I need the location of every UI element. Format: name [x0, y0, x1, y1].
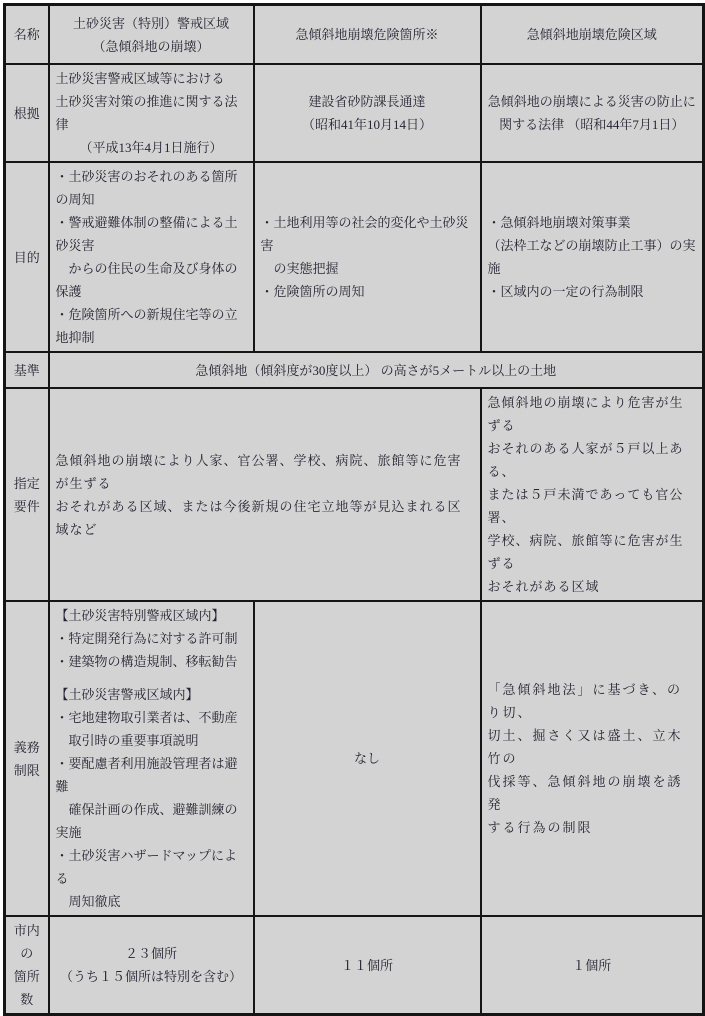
table-row-counts: 市内の 箇所数 ２３個所 （うち１５個所は特別を含む） １１個所 １個所 — [5, 916, 704, 1015]
basis-col3-line1: 急傾斜地の崩壊による災害の防止に — [488, 90, 697, 113]
designation-col12-line1: 急傾斜地の崩壊により人家、官公署、学校、病院、旅館等に危害が生ずる — [56, 449, 474, 495]
obligation-section2-line: ・宅地建物取引業者は、不動産 — [56, 706, 247, 729]
table-row-obligation: 義務 制限 【土砂災害特別警戒区域内】 ・特定開発行為に対する許可制 ・建築物の… — [5, 601, 704, 916]
cell-obligation-col1: 【土砂災害特別警戒区域内】 ・特定開発行為に対する許可制 ・建築物の構造規制、移… — [49, 601, 254, 916]
designation-col12-line2: おそれがある区域、または今後新規の住宅立地等が見込まれる区域など — [56, 495, 474, 541]
basis-col1-line2: 土砂災害対策の推進に関する法律 — [56, 90, 247, 136]
cell-counts-col2: １１個所 — [254, 916, 481, 1015]
designation-col3-line: おそれのある人家が５戸以上ある、 — [488, 437, 697, 483]
cell-name-col2: 急傾斜地崩壊危険箇所※ — [254, 5, 481, 65]
col1-title-line2: （急傾斜地の崩壊） — [56, 35, 247, 58]
purpose-col1-line: ・警戒避難体制の整備による土砂災害 — [56, 211, 247, 257]
table-row-designation: 指定 要件 急傾斜地の崩壊により人家、官公署、学校、病院、旅館等に危害が生ずる … — [5, 388, 704, 601]
row-label-basis: 根拠 — [5, 64, 49, 162]
purpose-col2-line: ・危険箇所の周知 — [261, 280, 474, 303]
obligation-section1-line: ・特定開発行為に対する許可制 — [56, 627, 247, 650]
cell-name-col3: 急傾斜地崩壊危険区域 — [481, 5, 704, 65]
designation-col3-line: 急傾斜地の崩壊により危害が生ずる — [488, 391, 697, 437]
obligation-section2-line: 周知徹底 — [56, 890, 247, 913]
purpose-col1-line: ・土砂災害のおそれのある箇所の周知 — [56, 165, 247, 211]
purpose-col3-line: ・急傾斜地崩壊対策事業 — [488, 211, 697, 234]
cell-obligation-col2: なし — [254, 601, 481, 916]
counts-col1-line2: （うち１５個所は特別を含む） — [56, 965, 247, 988]
row-label-name: 名称 — [5, 5, 49, 65]
document-page: 名称 土砂災害（特別）警戒区域 （急傾斜地の崩壊） 急傾斜地崩壊危険箇所※ 急傾… — [0, 0, 705, 648]
obligation-col3-line: 「急傾斜地法」に基づき、のり切、 — [488, 678, 697, 724]
obligation-section2-title: 【土砂災害警戒区域内】 — [56, 683, 247, 706]
cell-designation-col12: 急傾斜地の崩壊により人家、官公署、学校、病院、旅館等に危害が生ずる おそれがある… — [49, 388, 481, 601]
purpose-col2-line: の実態把握 — [261, 257, 474, 280]
obligation-section1-title: 【土砂災害特別警戒区域内】 — [56, 604, 247, 627]
obligation-label-line2: 制限 — [12, 759, 42, 782]
row-label-designation: 指定 要件 — [5, 388, 49, 601]
table-row-purpose: 目的 ・土砂災害のおそれのある箇所の周知 ・警戒避難体制の整備による土砂災害 か… — [5, 162, 704, 352]
row-label-counts: 市内の 箇所数 — [5, 916, 49, 1015]
counts-col1-line1: ２３個所 — [56, 942, 247, 965]
purpose-col1-line: からの住民の生命及び身体の保護 — [56, 257, 247, 303]
basis-col3-line2: 関する法律 （昭和44年7月1日） — [488, 113, 697, 136]
obligation-section2-line: ・土砂災害ハザードマップによる — [56, 844, 247, 890]
designation-label-line1: 指定 — [12, 472, 42, 495]
designation-col3-line: おそれがある区域 — [488, 575, 697, 598]
row-label-purpose: 目的 — [5, 162, 49, 352]
cell-counts-col3: １個所 — [481, 916, 704, 1015]
counts-label-line1: 市内の — [12, 919, 42, 965]
table-row-criteria: 基準 急傾斜地（傾斜度が30度以上） の高さが5メートル以上の土地 — [5, 352, 704, 388]
designation-col3-line: または５戸未満であっても官公署、 — [488, 483, 697, 529]
obligation-section1-line: ・建築物の構造規制、移転勧告 — [56, 650, 247, 673]
obligation-section2-line: 取引時の重要事項説明 — [56, 729, 247, 752]
obligation-label-line1: 義務 — [12, 736, 42, 759]
cell-basis-col1: 土砂災害警戒区域等における 土砂災害対策の推進に関する法律 （平成13年4月1日… — [49, 64, 254, 162]
basis-col1-line1: 土砂災害警戒区域等における — [56, 67, 247, 90]
table-row-name: 名称 土砂災害（特別）警戒区域 （急傾斜地の崩壊） 急傾斜地崩壊危険箇所※ 急傾… — [5, 5, 704, 65]
obligation-col3-line: 切土、掘さく又は盛土、立木竹の — [488, 724, 697, 770]
row-label-criteria: 基準 — [5, 352, 49, 388]
cell-counts-col1: ２３個所 （うち１５個所は特別を含む） — [49, 916, 254, 1015]
cell-basis-col3: 急傾斜地の崩壊による災害の防止に 関する法律 （昭和44年7月1日） — [481, 64, 704, 162]
designation-label-line2: 要件 — [12, 495, 42, 518]
row-label-obligation: 義務 制限 — [5, 601, 49, 916]
landslide-zone-comparison-table: 名称 土砂災害（特別）警戒区域 （急傾斜地の崩壊） 急傾斜地崩壊危険箇所※ 急傾… — [3, 3, 705, 1016]
cell-basis-col2: 建設省砂防課長通達 （昭和41年10月14日） — [254, 64, 481, 162]
basis-col1-line3: （平成13年4月1日施行） — [56, 136, 247, 159]
purpose-col3-line: （法枠工などの崩壊防止工事）の実施 — [488, 234, 697, 280]
designation-col3-line: 学校、病院、旅館等に危害が生ずる — [488, 529, 697, 575]
cell-name-col1: 土砂災害（特別）警戒区域 （急傾斜地の崩壊） — [49, 5, 254, 65]
cell-purpose-col2: ・土地利用等の社会的変化や土砂災害 の実態把握 ・危険箇所の周知 — [254, 162, 481, 352]
cell-designation-col3: 急傾斜地の崩壊により危害が生ずる おそれのある人家が５戸以上ある、 または５戸未… — [481, 388, 704, 601]
obligation-section2-line: 確保計画の作成、避難訓練の実施 — [56, 798, 247, 844]
purpose-col2-line: ・土地利用等の社会的変化や土砂災害 — [261, 211, 474, 257]
col1-title-line1: 土砂災害（特別）警戒区域 — [56, 12, 247, 35]
purpose-col1-line: ・危険箇所への新規住宅等の立地抑制 — [56, 303, 247, 349]
cell-purpose-col3: ・急傾斜地崩壊対策事業 （法枠工などの崩壊防止工事）の実施 ・区域内の一定の行為… — [481, 162, 704, 352]
counts-label-line2: 箇所数 — [12, 965, 42, 1011]
obligation-col3-line: 伐採等、急傾斜地の崩壊を誘発 — [488, 770, 697, 816]
cell-criteria-merged: 急傾斜地（傾斜度が30度以上） の高さが5メートル以上の土地 — [49, 352, 704, 388]
table-row-basis: 根拠 土砂災害警戒区域等における 土砂災害対策の推進に関する法律 （平成13年4… — [5, 64, 704, 162]
purpose-col3-line: ・区域内の一定の行為制限 — [488, 280, 697, 303]
obligation-section2-line: ・要配慮者利用施設管理者は避難 — [56, 752, 247, 798]
cell-obligation-col3: 「急傾斜地法」に基づき、のり切、 切土、掘さく又は盛土、立木竹の 伐採等、急傾斜… — [481, 601, 704, 916]
section-spacer — [56, 673, 247, 683]
cell-purpose-col1: ・土砂災害のおそれのある箇所の周知 ・警戒避難体制の整備による土砂災害 からの住… — [49, 162, 254, 352]
basis-col2-line2: （昭和41年10月14日） — [261, 113, 474, 136]
basis-col2-line1: 建設省砂防課長通達 — [261, 90, 474, 113]
obligation-col3-line: する行為の制限 — [488, 816, 697, 839]
